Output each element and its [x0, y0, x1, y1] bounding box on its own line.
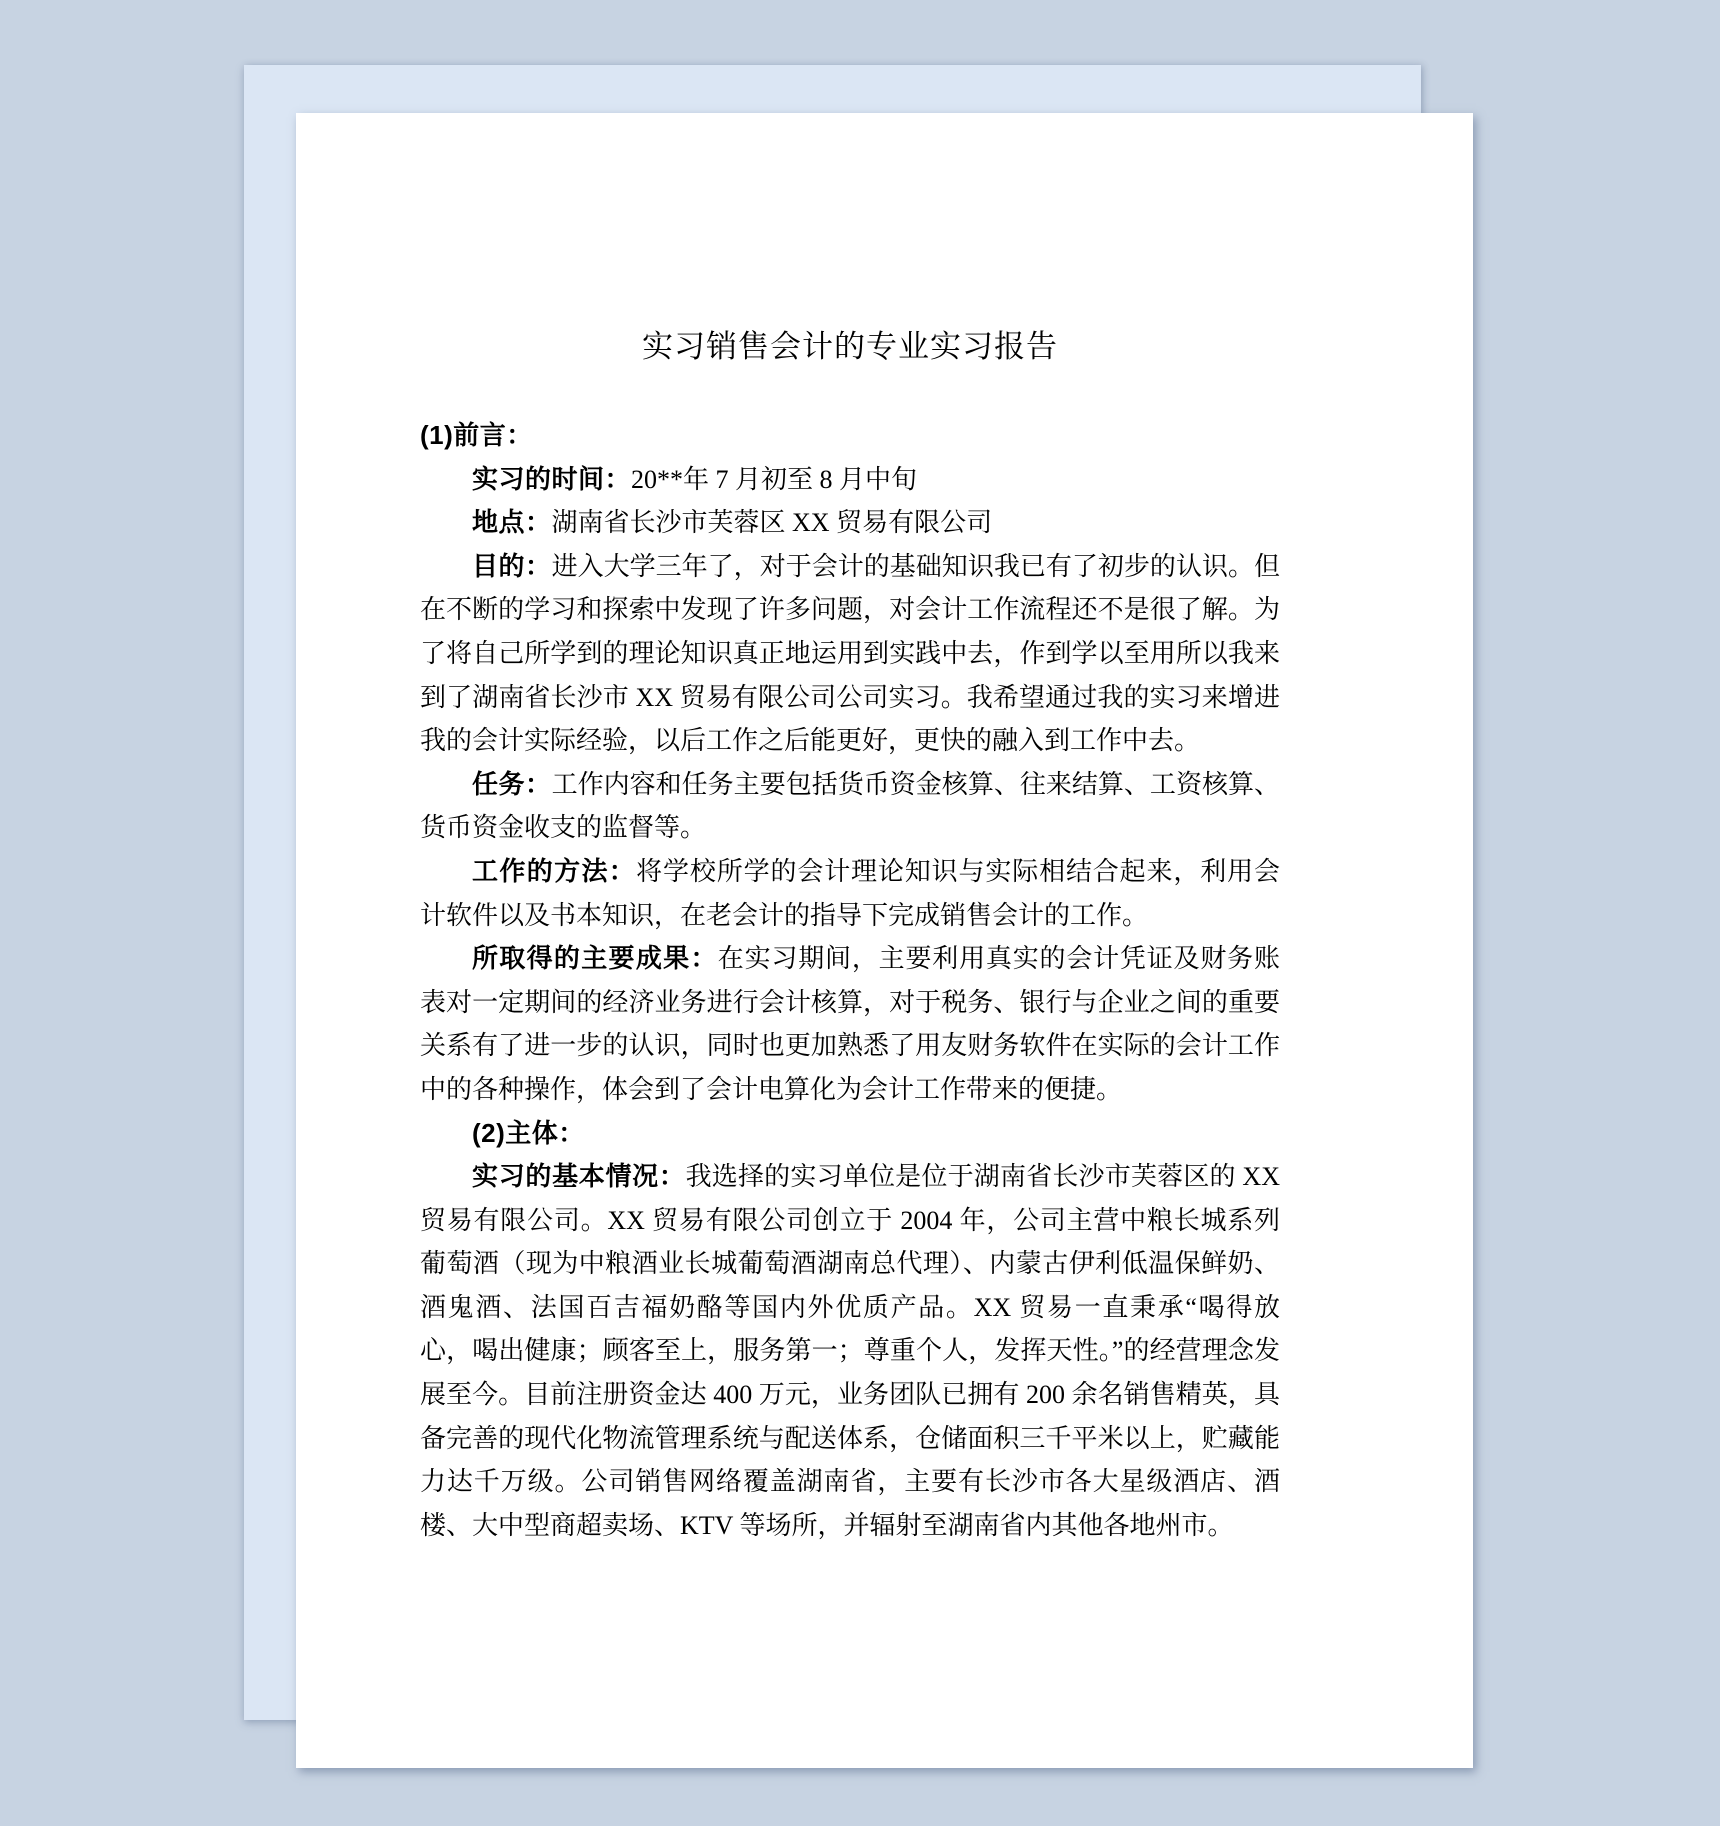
paragraph: (2)主体：: [420, 1112, 1280, 1156]
paragraph-lead: 实习的时间：: [472, 464, 631, 494]
paragraph-text: 湖南省长沙市芙蓉区 XX 贸易有限公司: [552, 508, 993, 537]
paragraph-lead: 任务：: [472, 769, 552, 799]
document-page: 实习销售会计的专业实习报告 (1)前言：实习的时间：20**年 7 月初至 8 …: [296, 113, 1473, 1768]
paragraph: 所取得的主要成果：在实习期间，主要利用真实的会计凭证及财务账表对一定期间的经济业…: [420, 937, 1280, 1111]
paragraph: 实习的时间：20**年 7 月初至 8 月中旬: [420, 458, 1280, 502]
document-body: (1)前言：实习的时间：20**年 7 月初至 8 月中旬地点：湖南省长沙市芙蓉…: [420, 414, 1280, 1547]
document-content: 实习销售会计的专业实习报告 (1)前言：实习的时间：20**年 7 月初至 8 …: [420, 113, 1280, 1547]
paragraph: 任务：工作内容和任务主要包括货币资金核算、往来结算、工资核算、货币资金收支的监督…: [420, 763, 1280, 850]
paragraph-lead: 地点：: [472, 507, 552, 537]
canvas-background: 实习销售会计的专业实习报告 (1)前言：实习的时间：20**年 7 月初至 8 …: [0, 0, 1720, 1826]
paragraph: 工作的方法：将学校所学的会计理论知识与实际相结合起来，利用会计软件以及书本知识，…: [420, 850, 1280, 937]
document-title: 实习销售会计的专业实习报告: [420, 327, 1280, 367]
paragraph-lead: 目的：: [472, 551, 552, 581]
paragraph-lead: 工作的方法：: [472, 856, 636, 886]
paragraph-lead: (2)主体：: [472, 1118, 585, 1148]
paragraph-text: 进入大学三年了，对于会计的基础知识我已有了初步的认识。但在不断的学习和探索中发现…: [420, 552, 1280, 755]
paragraph: 实习的基本情况：我选择的实习单位是位于湖南省长沙市芙蓉区的 XX 贸易有限公司。…: [420, 1155, 1280, 1547]
paragraph: 地点：湖南省长沙市芙蓉区 XX 贸易有限公司: [420, 501, 1280, 545]
paragraph-lead: (1)前言：: [420, 420, 533, 450]
paragraph: 目的：进入大学三年了，对于会计的基础知识我已有了初步的认识。但在不断的学习和探索…: [420, 545, 1280, 763]
paragraph: (1)前言：: [420, 414, 1280, 458]
paragraph-lead: 实习的基本情况：: [472, 1161, 686, 1191]
paragraph-lead: 所取得的主要成果：: [472, 943, 718, 973]
paragraph-text: 20**年 7 月初至 8 月中旬: [631, 465, 917, 494]
paragraph-text: 我选择的实习单位是位于湖南省长沙市芙蓉区的 XX 贸易有限公司。XX 贸易有限公…: [420, 1162, 1280, 1540]
